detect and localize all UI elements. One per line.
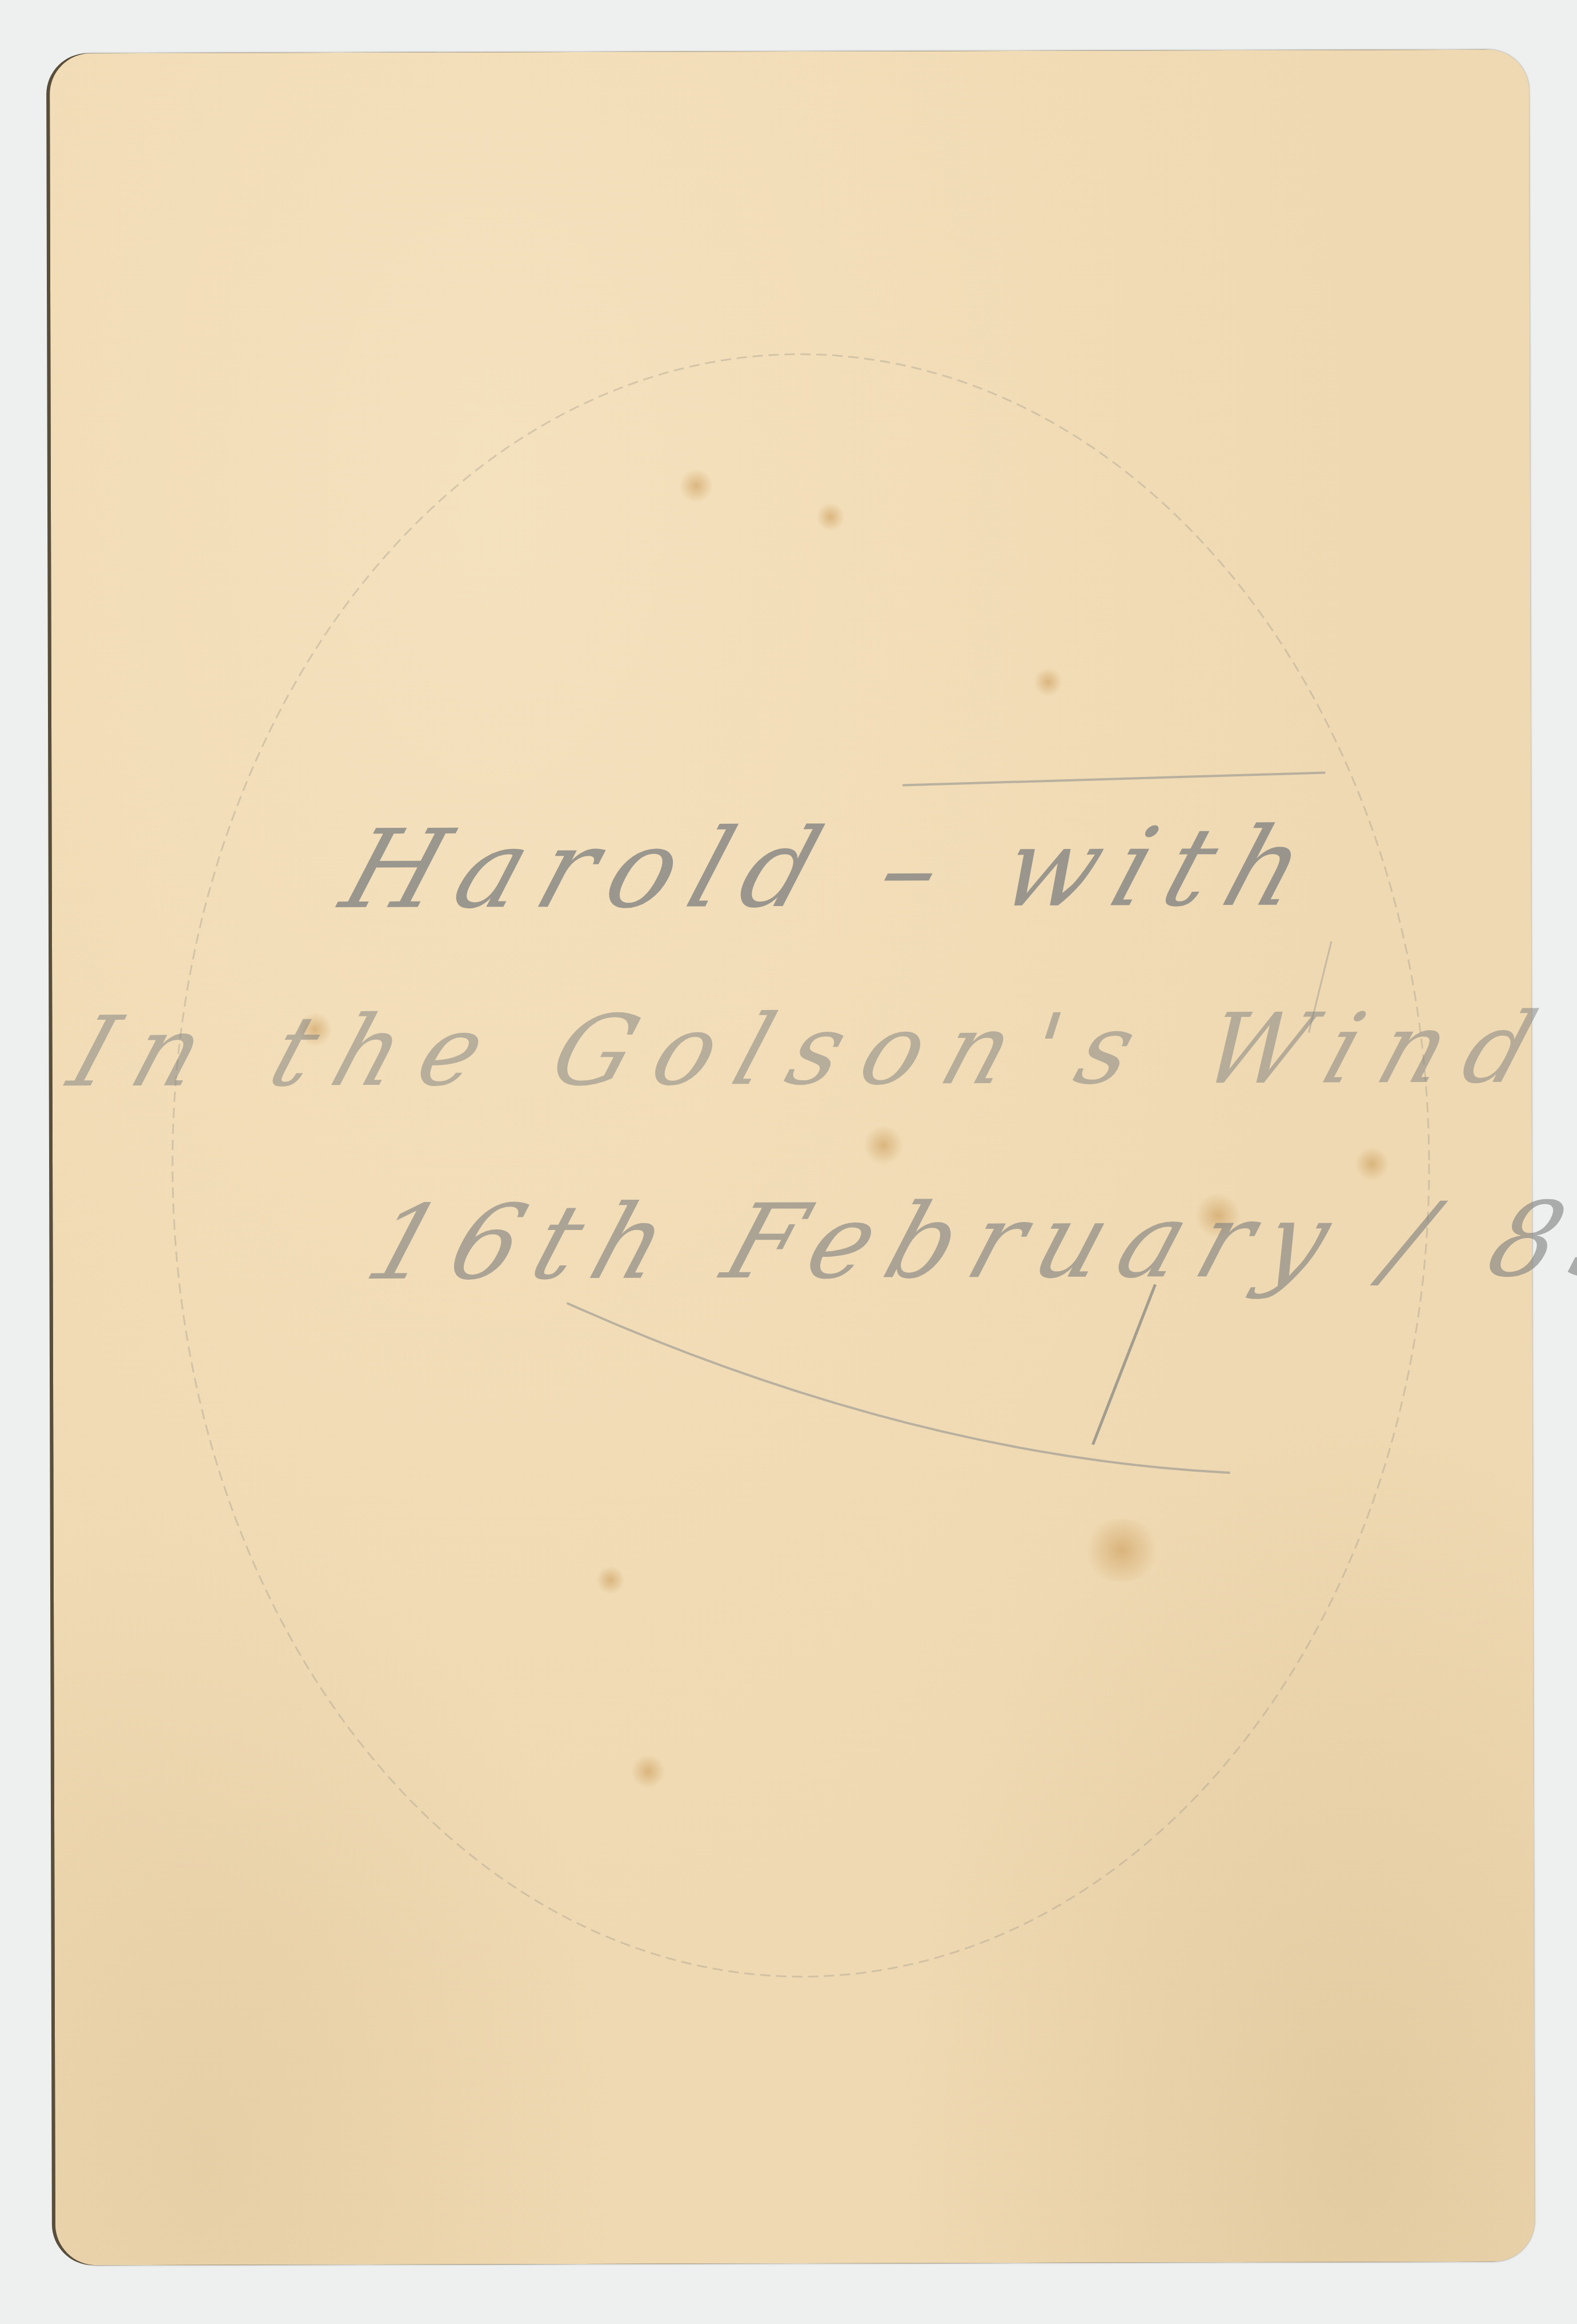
cabinet-card-back: Harold – with In the Golson's Wind Lane … — [50, 50, 1535, 2266]
inscription-line-1: Harold – with — [328, 804, 1337, 933]
inscription-line-2: In the Golson's Wind Lane — [57, 991, 1577, 1109]
inscription-line-3: 16th February / 83 — [354, 1180, 1577, 1303]
pencil-oval-outline — [50, 50, 1535, 2266]
